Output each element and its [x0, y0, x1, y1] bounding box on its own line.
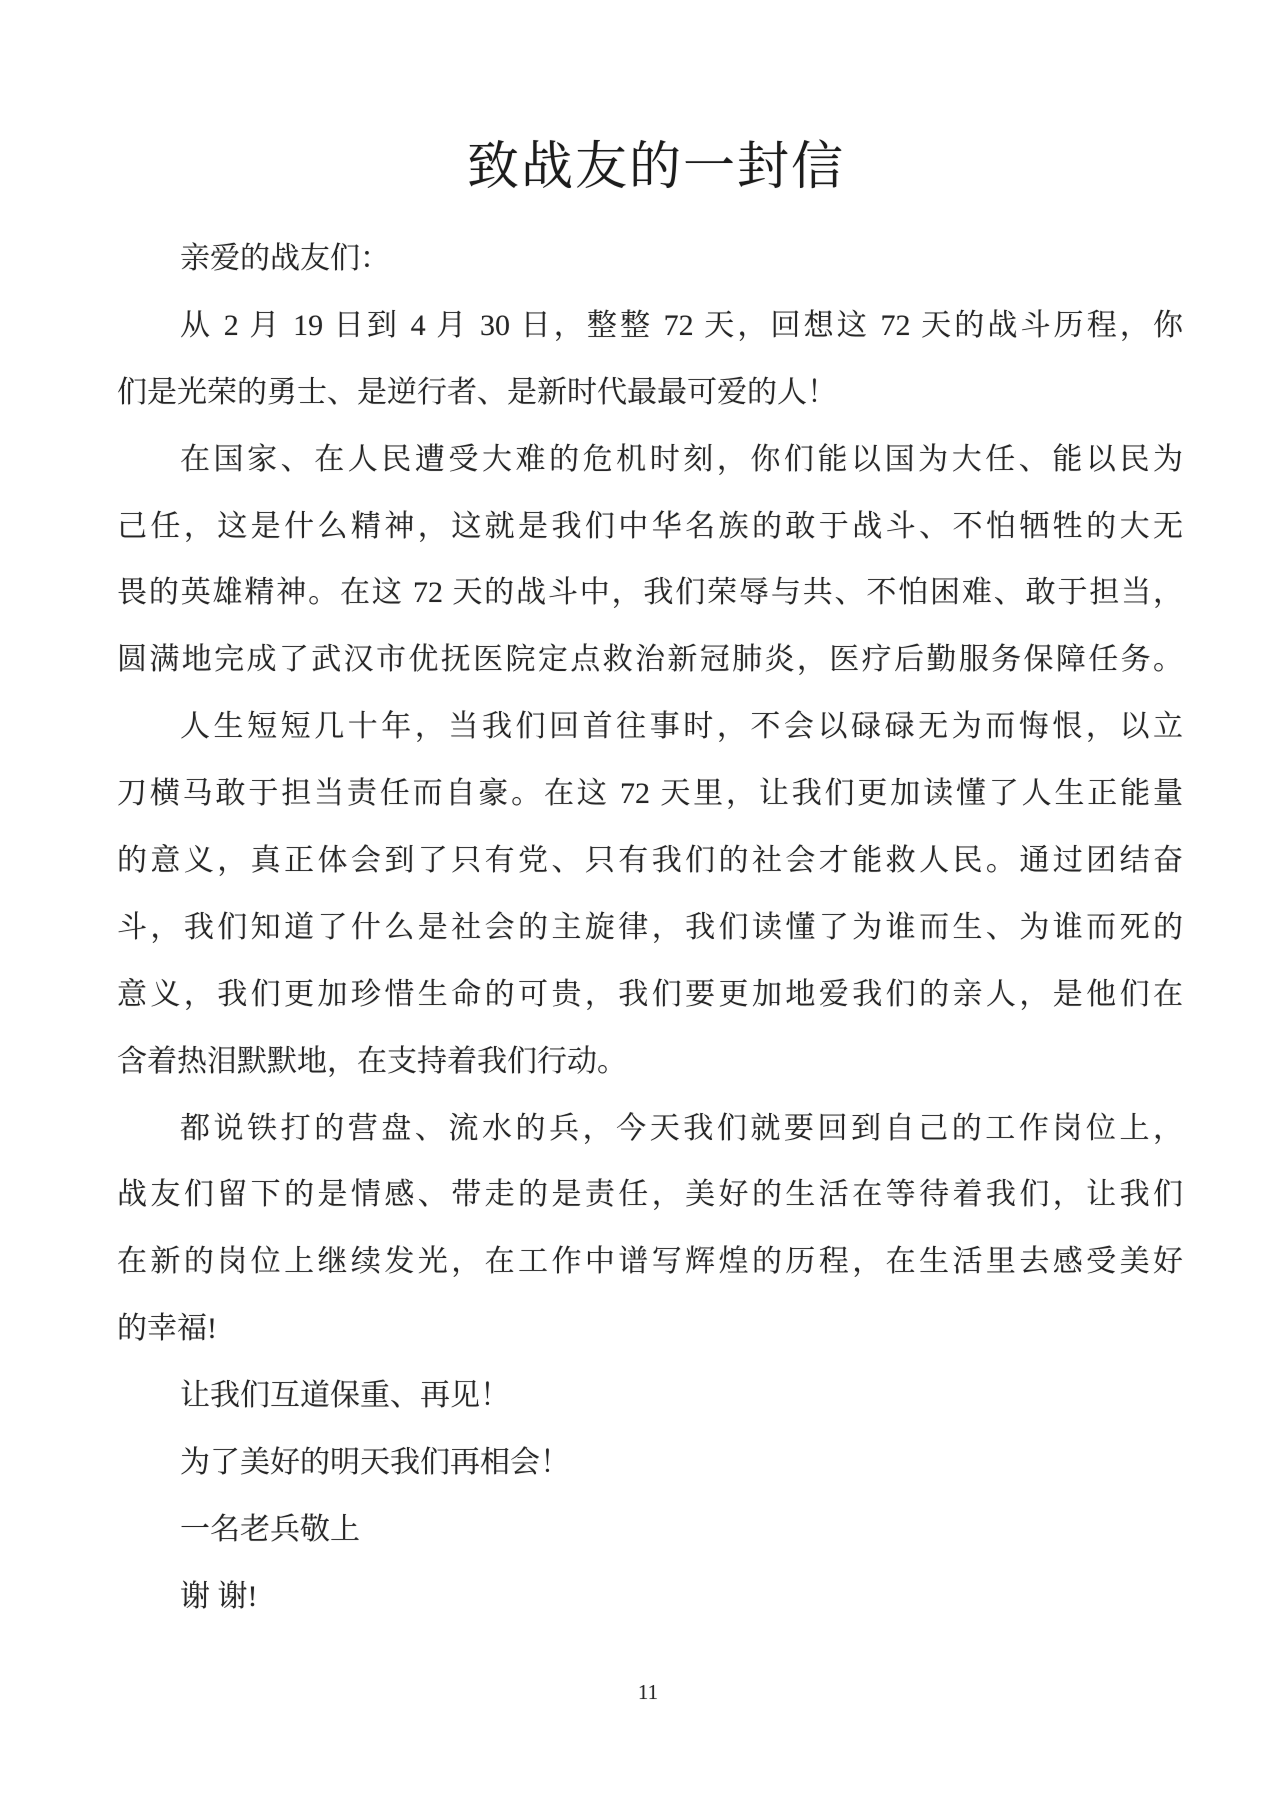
letter-line: 们是光荣的勇士、是逆行者、是新时代最最可爱的人！	[117, 360, 1183, 427]
letter-line: 一名老兵敬上	[117, 1497, 1183, 1564]
letter-line: 刀横马敢于担当责任而自豪。在这 72 天里，让我们更加读懂了人生正能量	[117, 761, 1183, 828]
letter-line: 的幸福!	[117, 1296, 1183, 1363]
letter-line: 含着热泪默默地，在支持着我们行动。	[117, 1029, 1183, 1096]
letter-line: 让我们互道保重、再见！	[117, 1363, 1183, 1430]
letter-body: 亲爱的战友们： 从 2 月 19 日到 4 月 30 日，整整 72 天，回想这…	[117, 226, 1183, 1631]
letter-title: 致战友的一封信	[16, 128, 1280, 208]
letter-line: 为了美好的明天我们再相会！	[117, 1430, 1183, 1497]
letter-line: 战友们留下的是情感、带走的是责任，美好的生活在等待着我们，让我们	[117, 1162, 1183, 1229]
letter-line: 都说铁打的营盘、流水的兵，今天我们就要回到自己的工作岗位上，	[117, 1096, 1183, 1163]
letter-line: 斗，我们知道了什么是社会的主旋律，我们读懂了为谁而生、为谁而死的	[117, 895, 1183, 962]
letter-page: 致战友的一封信 亲爱的战友们： 从 2 月 19 日到 4 月 30 日，整整 …	[0, 0, 1280, 1810]
letter-line: 谢 谢!	[117, 1564, 1183, 1631]
letter-line: 从 2 月 19 日到 4 月 30 日，整整 72 天，回想这 72 天的战斗…	[117, 293, 1183, 360]
letter-line: 在国家、在人民遭受大难的危机时刻，你们能以国为大任、能以民为	[117, 427, 1183, 494]
letter-line: 亲爱的战友们：	[117, 226, 1183, 293]
letter-line: 的意义，真正体会到了只有党、只有我们的社会才能救人民。通过团结奋	[117, 828, 1183, 895]
letter-line: 圆满地完成了武汉市优抚医院定点救治新冠肺炎，医疗后勤服务保障任务。	[117, 627, 1183, 694]
letter-line: 意义，我们更加珍惜生命的可贵，我们要更加地爱我们的亲人，是他们在	[117, 962, 1183, 1029]
letter-line: 畏的英雄精神。在这 72 天的战斗中，我们荣辱与共、不怕困难、敢于担当，	[117, 560, 1183, 627]
letter-line: 己任，这是什么精神，这就是我们中华名族的敢于战斗、不怕牺牲的大无	[117, 494, 1183, 561]
page-number: 11	[8, 1678, 1280, 1706]
letter-line: 人生短短几十年，当我们回首往事时，不会以碌碌无为而悔恨，以立	[117, 694, 1183, 761]
letter-line: 在新的岗位上继续发光，在工作中谱写辉煌的历程，在生活里去感受美好	[117, 1229, 1183, 1296]
